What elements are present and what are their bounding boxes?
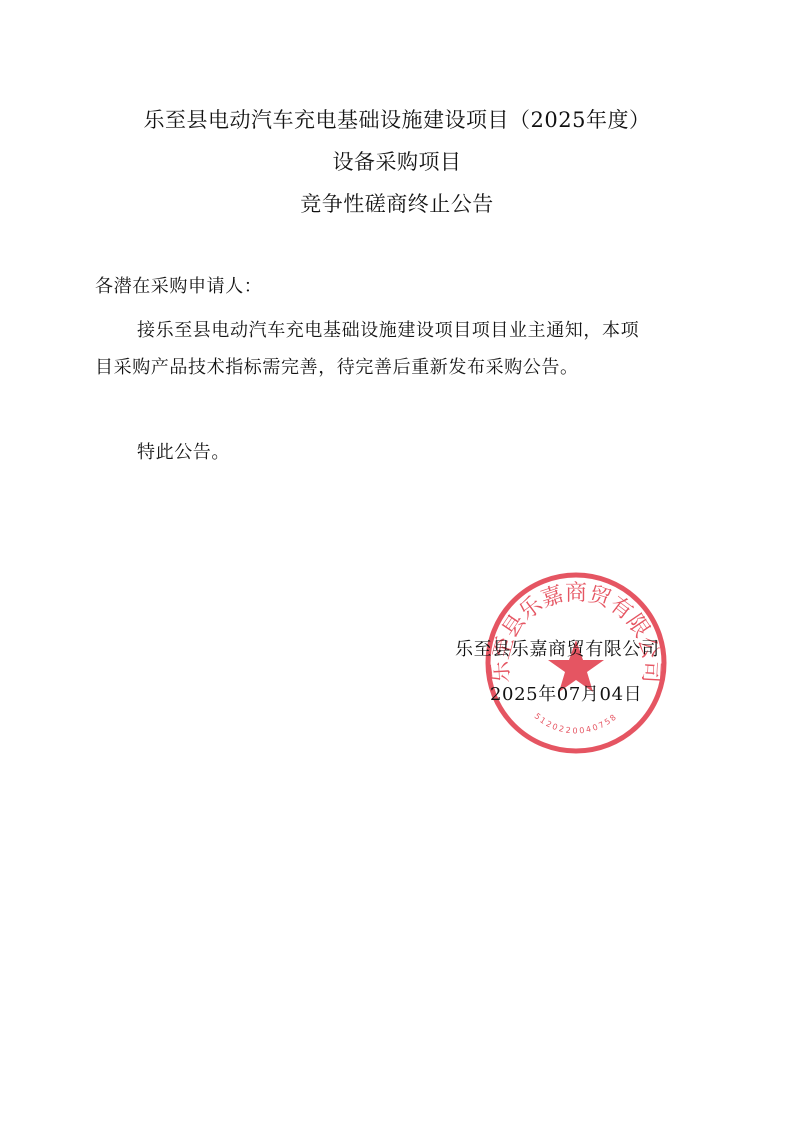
body-line-1: 接乐至县电动汽车充电基础设施建设项目项目业主通知，本项 [137,316,639,342]
title-line-1: 乐至县电动汽车充电基础设施建设项目（2025年度） [0,104,794,134]
body-line-2: 目采购产品技术指标需完善，待完善后重新发布采购公告。 [95,353,579,379]
title-line-3: 竞争性磋商终止公告 [0,188,794,218]
signer-company: 乐至县乐嘉商贸有限公司 [455,635,660,661]
stamp-code: 5120220040758 [533,712,620,736]
signature-date: 2025年07月04日 [490,680,642,706]
title-line-2: 设备采购项目 [0,146,794,176]
salutation: 各潜在采购申请人： [95,272,262,298]
closing-text: 特此公告。 [137,438,230,464]
company-seal-stamp: 乐至县乐嘉商贸有限公司 5120220040758 [481,568,671,758]
